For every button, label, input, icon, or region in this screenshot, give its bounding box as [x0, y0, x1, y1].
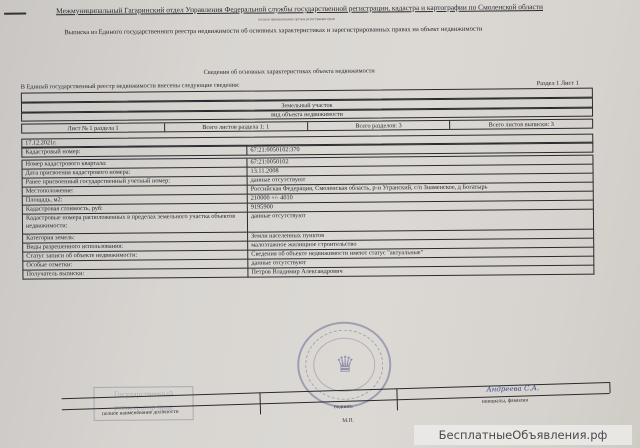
- seal-caption: М.П.: [342, 418, 354, 424]
- characteristics-table: Кадастровый номер: 67:21:0050102:370 Ном…: [21, 143, 594, 280]
- intro-line: В Единый государственный реестр недвижим…: [21, 82, 240, 91]
- sheet-reference: Раздел 1 Лист 1: [537, 80, 579, 87]
- field-label: Кадастровые номера расположенных в преде…: [22, 212, 247, 234]
- section-sheet-count: Всего листов раздела 1: 1: [165, 122, 308, 131]
- agency-name: Межмуниципальный Гагаринский отдел Управ…: [56, 2, 543, 15]
- field-label: Получатель выписки:: [23, 268, 248, 279]
- sheet-number: Лист № 1 раздела 1: [22, 123, 165, 132]
- signature-caption: подпись: [334, 404, 353, 411]
- pagination-row: Лист № 1 раздела 1 Всего листов раздела …: [21, 119, 593, 134]
- document-page: Межмуниципальный Гагаринский отдел Управ…: [0, 0, 640, 448]
- section-title: Сведения об основных характеристиках объ…: [204, 68, 375, 76]
- section-count: Всего разделов: 3: [308, 121, 451, 130]
- extract-sheet-count: Всего листов выписки: 3: [450, 120, 592, 129]
- official-seal: ♛: [297, 321, 392, 408]
- coat-of-arms-icon: ♛: [332, 350, 358, 380]
- margin-mark: [4, 13, 26, 15]
- agency-subcaption: полное наименование органа регистрации п…: [258, 17, 335, 22]
- extract-title: Выписка из Единого государственного реес…: [64, 26, 482, 37]
- initials-caption: инициалы, фамилия: [482, 397, 528, 404]
- handwritten-signature: Андреева С.А.: [486, 384, 539, 394]
- watermark: БесплатныеОбъявления.рф: [414, 425, 632, 445]
